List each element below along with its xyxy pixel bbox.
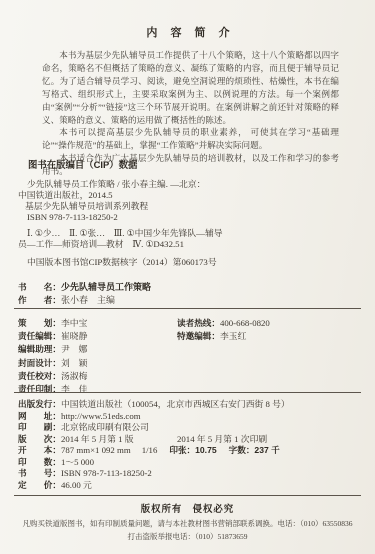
summary-paragraph: 本书为基层少先队辅导员工作提供了十八个策略，这十八个策略都以四字命名，策略名不但… — [42, 49, 339, 126]
staff-label: 责任编辑： — [18, 331, 61, 341]
cip-classification-line: Ⅰ. ①少… Ⅱ. ①张… Ⅲ. ①中国少年先锋队—辅导 — [18, 228, 347, 239]
book-title-label: 书 名： — [18, 282, 61, 292]
publication-row: 出版发行：中国铁道出版社（100054，北京市西城区右安门西街 8 号） — [18, 399, 365, 411]
publication-value: 中国铁道出版社（100054，北京市西城区右安门西街 8 号） — [61, 399, 290, 409]
staff-row: 编辑助理：尹 娜 — [18, 343, 361, 356]
divider-line — [14, 392, 361, 393]
copyright-page: 内 容 简 介 本书为基层少先队辅导员工作提供了十八个策略，这十八个策略都以四字… — [0, 0, 375, 554]
divider-line — [14, 495, 361, 496]
staff-label: 策 划： — [18, 318, 61, 328]
book-title-value: 少先队辅导员工作策略 — [61, 282, 151, 292]
publication-row: 书 号：ISBN 978-7-113-18250-2 — [18, 468, 365, 480]
staff-row: 责任校对：汤淑梅 — [18, 370, 361, 383]
book-title-row: 书 名：少先队辅导员工作策略 — [18, 281, 361, 294]
publication-label: 网 址： — [18, 411, 61, 421]
word-count-value: 字数：237 千 — [229, 445, 280, 455]
quality-notice: 凡购买铁道版图书，如有印制质量问题，请与本社教材图书营销部联系调换。电话：（01… — [0, 519, 375, 528]
publication-label: 开 本： — [18, 445, 61, 455]
publication-row: 版 次：2014 年 5 月第 1 版2014 年 5 月第 1 次印刷 — [18, 434, 365, 446]
cip-section: 图书在版编目（CIP）数据 少先队辅导员工作策略 / 张小春主编. —北京： 中… — [18, 159, 347, 268]
publication-value: 北京铭成印刷有限公司 — [61, 422, 149, 432]
staff-row: 读者热线：400-668-0820 — [177, 317, 270, 330]
hotline-value: 400-668-0820 — [220, 318, 270, 328]
divider-line — [14, 308, 361, 309]
publication-row: 印 数：1～5 000 — [18, 457, 365, 469]
publication-row: 定 价：46.00 元 — [18, 480, 365, 492]
hotline-label: 读者热线： — [177, 318, 220, 328]
staff-label: 责任校对： — [18, 371, 61, 381]
staff-value: 崔晓静 — [61, 331, 87, 341]
staff-row: 封面设计：刘 颖 — [18, 357, 361, 370]
publication-row: 网 址：http://www.51eds.com — [18, 411, 365, 423]
publication-value: 2014 年 5 月第 1 版 — [61, 434, 134, 444]
content-summary-title: 内 容 简 介 — [42, 24, 339, 40]
publication-label: 书 号： — [18, 468, 61, 478]
price-value: 46.00 元 — [61, 480, 92, 490]
staff-value: 汤淑梅 — [61, 371, 87, 381]
staff-value: 刘 颖 — [61, 358, 87, 368]
publication-label: 印 刷： — [18, 422, 61, 432]
cip-record-number: 中国版本图书馆CIP数据核字（2014）第060173号 — [18, 257, 347, 268]
cip-classification-line: 员—工作—师资培训—教材 Ⅳ. ①D432.51 — [18, 239, 347, 250]
staff-section: 策 划：李中宝 责任编辑：崔晓静 编辑助理：尹 娜 封面设计：刘 颖 责任校对：… — [18, 317, 361, 396]
staff-right-column: 读者热线：400-668-0820 特邀编辑：李玉红 — [177, 317, 270, 343]
cip-isbn-line: ISBN 978-7-113-18250-2 — [18, 212, 347, 223]
piracy-hotline: 打击盗版举报电话：（010）51873659 — [0, 532, 375, 541]
print-run-value: 2014 年 5 月第 1 次印刷 — [177, 434, 267, 446]
publication-row: 印 刷：北京铭成印刷有限公司 — [18, 422, 365, 434]
book-author-value: 张小春 主编 — [61, 295, 115, 305]
publication-section: 出版发行：中国铁道出版社（100054，北京市西城区右安门西街 8 号） 网 址… — [18, 399, 365, 491]
publication-label: 印 数： — [18, 457, 61, 467]
cip-series-line: 基层少先队辅导员培训系列教程 — [18, 201, 347, 212]
summary-paragraph: 本书可以提高基层少先队辅导员的职业素养， 可使其在学习“基础理论”“操作规范”的… — [42, 126, 339, 152]
staff-label: 封面设计： — [18, 358, 61, 368]
publication-value: 787 mm×1 092 mm 1/16 — [61, 445, 157, 455]
copyright-footer: 版权所有 侵权必究 凡购买铁道版图书，如有印制质量问题，请与本社教材图书营销部联… — [0, 501, 375, 541]
cip-title-line: 少先队辅导员工作策略 / 张小春主编. —北京： — [18, 179, 347, 190]
book-author-label: 作 者： — [18, 295, 61, 305]
content-summary-section: 内 容 简 介 本书为基层少先队辅导员工作提供了十八个策略，这十八个策略都以四字… — [42, 24, 339, 178]
cip-heading: 图书在版编目（CIP）数据 — [28, 159, 347, 170]
cip-publisher-line: 中国铁道出版社，2014.5 — [18, 190, 347, 201]
staff-label: 编辑助理： — [18, 344, 61, 354]
staff-value: 李玉红 — [220, 331, 246, 341]
staff-label: 特邀编辑： — [177, 331, 220, 341]
publication-row: 开 本：787 mm×1 092 mm 1/16印张：10.75字数：237 千 — [18, 445, 365, 457]
publication-label: 版 次： — [18, 434, 61, 444]
book-info-section: 书 名：少先队辅导员工作策略 作 者：张小春 主编 — [18, 281, 361, 306]
publication-label: 定 价： — [18, 480, 61, 490]
isbn-value: ISBN 978-7-113-18250-2 — [61, 468, 152, 478]
staff-value: 李中宝 — [61, 318, 87, 328]
copyright-notice: 版权所有 侵权必究 — [0, 501, 375, 515]
staff-value: 尹 娜 — [61, 344, 87, 354]
book-author-row: 作 者：张小春 主编 — [18, 294, 361, 307]
sheets-value: 印张：10.75 — [169, 445, 216, 455]
staff-row: 特邀编辑：李玉红 — [177, 330, 270, 343]
publication-label: 出版发行： — [18, 399, 61, 409]
staff-row: 责任印制：李 佳 — [18, 383, 361, 396]
website-url: http://www.51eds.com — [61, 411, 141, 421]
publication-value: 1～5 000 — [61, 457, 94, 467]
